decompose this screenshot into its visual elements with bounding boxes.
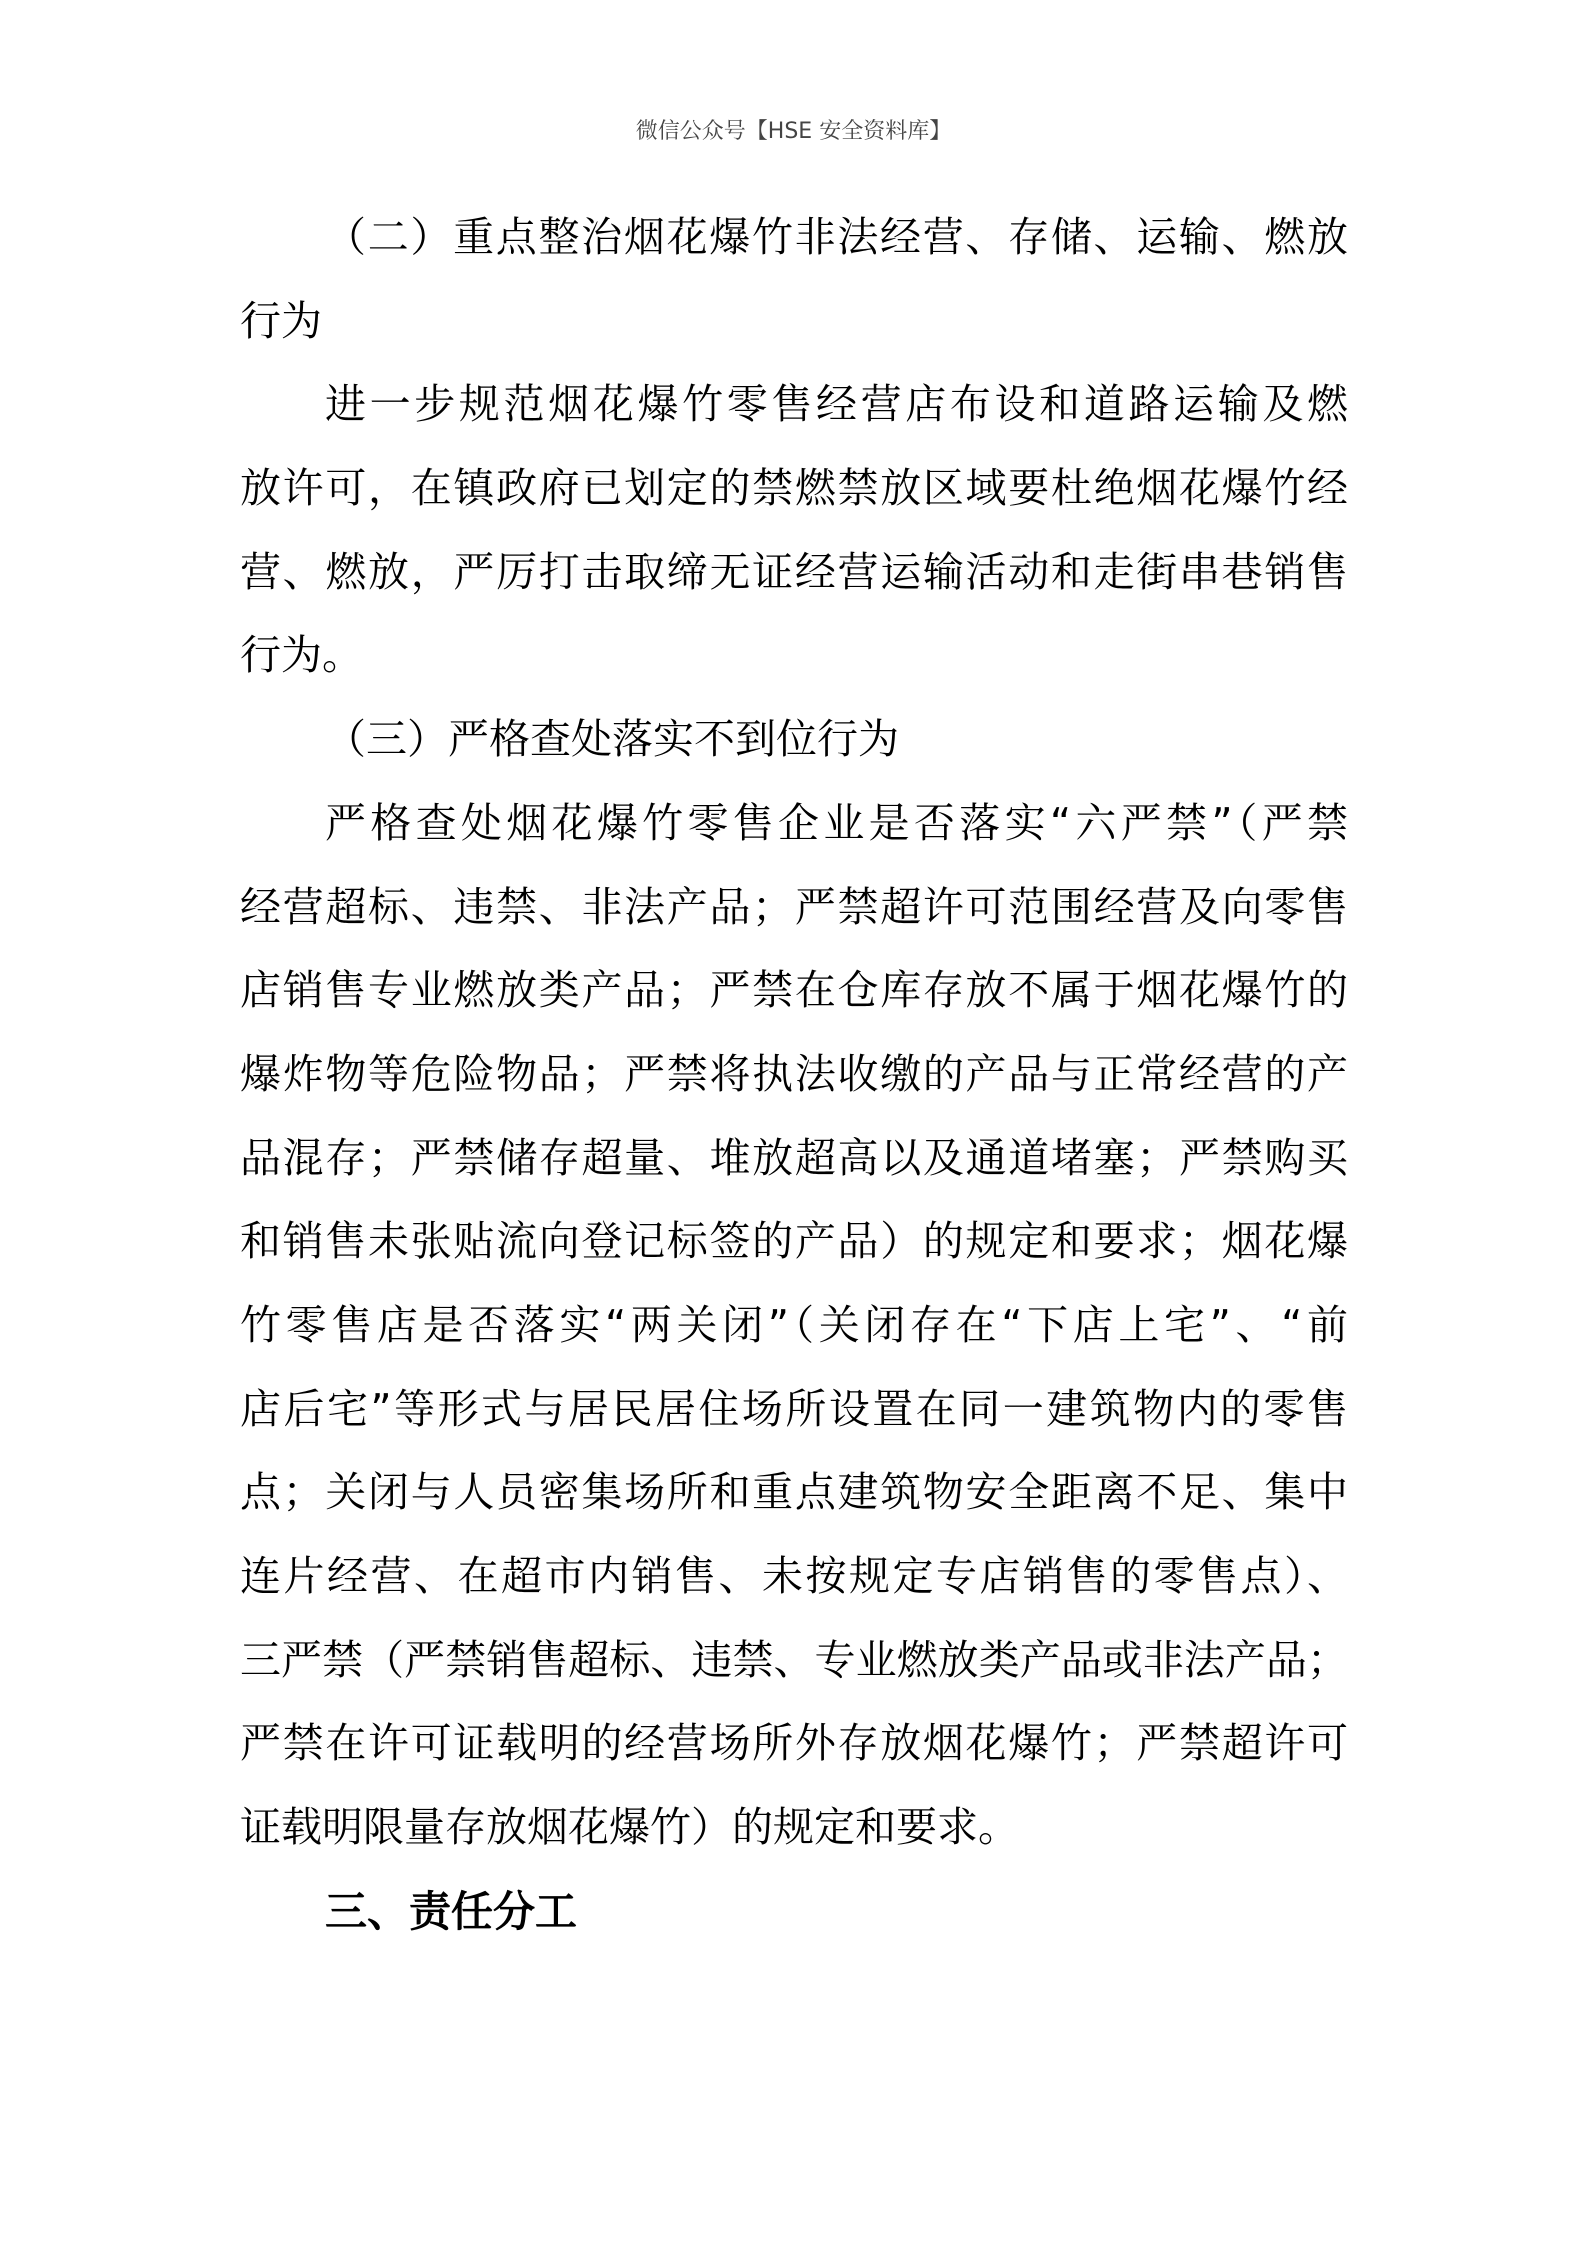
paragraph-line: 店后宅”等形式与居民居住场所设置在同一建筑物内的零售 [240,1368,1348,1452]
paragraph-line: 经营超标、违禁、非法产品；严禁超许可范围经营及向零售 [240,866,1348,950]
paragraph-line: 证载明限量存放烟花爆竹）的规定和要求。 [240,1786,1348,1870]
document-body: （二）重点整治烟花爆竹非法经营、存储、运输、燃放 行为 进一步规范烟花爆竹零售经… [240,196,1348,1953]
paragraph-line: 三严禁（严禁销售超标、违禁、专业燃放类产品或非法产品； [240,1619,1348,1703]
subheading-line: （二）重点整治烟花爆竹非法经营、存储、运输、燃放 [240,196,1348,280]
paragraph-line: 爆炸物等危险物品；严禁将执法收缴的产品与正常经营的产 [240,1033,1348,1117]
page-header-watermark: 微信公众号【HSE 安全资料库】 [0,118,1587,146]
paragraph-line: 放许可，在镇政府已划定的禁燃禁放区域要杜绝烟花爆竹经 [240,447,1348,531]
section-heading: 三、责任分工 [240,1870,1348,1954]
paragraph-line: 点；关闭与人员密集场所和重点建筑物安全距离不足、集中 [240,1451,1348,1535]
paragraph-line: 行为。 [240,614,1348,698]
subheading-line: （三）严格查处落实不到位行为 [240,698,1348,782]
paragraph-line: 品混存；严禁储存超量、堆放超高以及通道堵塞；严禁购买 [240,1117,1348,1201]
paragraph-line: 严格查处烟花爆竹零售企业是否落实“六严禁”（严禁 [240,782,1348,866]
paragraph-line: 连片经营、在超市内销售、未按规定专店销售的零售点）、 [240,1535,1348,1619]
paragraph-line: 店销售专业燃放类产品；严禁在仓库存放不属于烟花爆竹的 [240,949,1348,1033]
subheading-line: 行为 [240,280,1348,364]
paragraph-line: 竹零售店是否落实“两关闭”（关闭存在“下店上宅”、“前 [240,1284,1348,1368]
paragraph-line: 严禁在许可证载明的经营场所外存放烟花爆竹；严禁超许可 [240,1702,1348,1786]
paragraph-line: 营、燃放，严厉打击取缔无证经营运输活动和走街串巷销售 [240,531,1348,615]
paragraph-line: 和销售未张贴流向登记标签的产品）的规定和要求；烟花爆 [240,1200,1348,1284]
paragraph-line: 进一步规范烟花爆竹零售经营店布设和道路运输及燃 [240,363,1348,447]
